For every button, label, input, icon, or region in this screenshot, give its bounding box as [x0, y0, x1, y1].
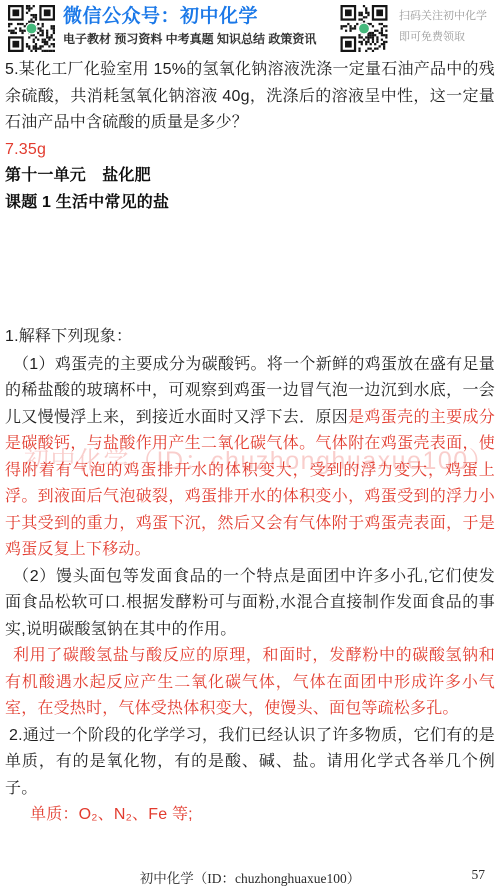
- document-body: 5.某化工厂化验室用 15%的氢氧化钠溶液洗涤一定量石油产品中的残余硫酸，共消耗…: [0, 57, 500, 829]
- scan-hint-line2: 即可免费领取: [399, 31, 494, 44]
- section1-item2-answer: 利用了碳酸氢盐与酸反应的原理，和面时，发酵粉中的碳酸氢钠和有机酸遇水起反应产生二…: [5, 643, 495, 723]
- problem5-question: 5.某化工厂化验室用 15%的氢氧化钠溶液洗涤一定量石油产品中的残余硫酸，共消耗…: [5, 57, 495, 137]
- section2-question: 2.通过一个阶段的化学学习，我们已经认识了许多物质，它们有的是单质，有的是氧化物…: [5, 723, 495, 803]
- section1-heading: 1.解释下列现象：: [5, 324, 495, 351]
- qr-code-icon: [8, 5, 55, 52]
- problem5-answer: 7.35g: [5, 137, 495, 164]
- qr-code-icon: [340, 5, 388, 52]
- unit-title: 第十一单元 盐化肥: [5, 163, 495, 190]
- scan-hint-line1: 扫码关注初中化学: [399, 10, 494, 23]
- item1-answer-text: 是鸡蛋壳的主要成分是碳酸钙，与盐酸作用产生二氧化碳气体。气体附在鸡蛋壳表面，使得…: [5, 409, 495, 559]
- wechat-account-subtitle: 电子教材 预习资料 中考真题 知识总结 政策资讯: [63, 32, 328, 47]
- lesson-title: 课题 1 生活中常见的盐: [5, 190, 495, 217]
- page-number: 57: [472, 867, 486, 883]
- footer-source-text: 初中化学（ID：chuzhonghuaxue100）: [0, 867, 500, 887]
- wechat-account-title: 微信公众号：初中化学: [63, 6, 328, 28]
- scan-hint-block: 扫码关注初中化学 即可免费领取: [399, 10, 494, 44]
- section1-item2-question: （2）馒头面包等发面食品的一个特点是面团中许多小孔,它们使发面食品松软可口.根据…: [5, 564, 495, 644]
- header-title-block: 微信公众号：初中化学 电子教材 预习资料 中考真题 知识总结 政策资讯: [63, 6, 328, 47]
- wechat-header-banner: 微信公众号：初中化学 电子教材 预习资料 中考真题 知识总结 政策资讯 扫码关注…: [0, 0, 500, 57]
- worksheet-page: 微信公众号：初中化学 电子教材 预习资料 中考真题 知识总结 政策资讯 扫码关注…: [0, 0, 500, 892]
- section1-item1: （1）鸡蛋壳的主要成分为碳酸钙。将一个新鲜的鸡蛋放在盛有足量的稀盐酸的玻璃杯中，…: [5, 352, 495, 564]
- section2-answer: 单质：O₂、N₂、Fe 等;: [5, 802, 495, 829]
- page-footer: 初中化学（ID：chuzhonghuaxue100） 57: [0, 867, 500, 885]
